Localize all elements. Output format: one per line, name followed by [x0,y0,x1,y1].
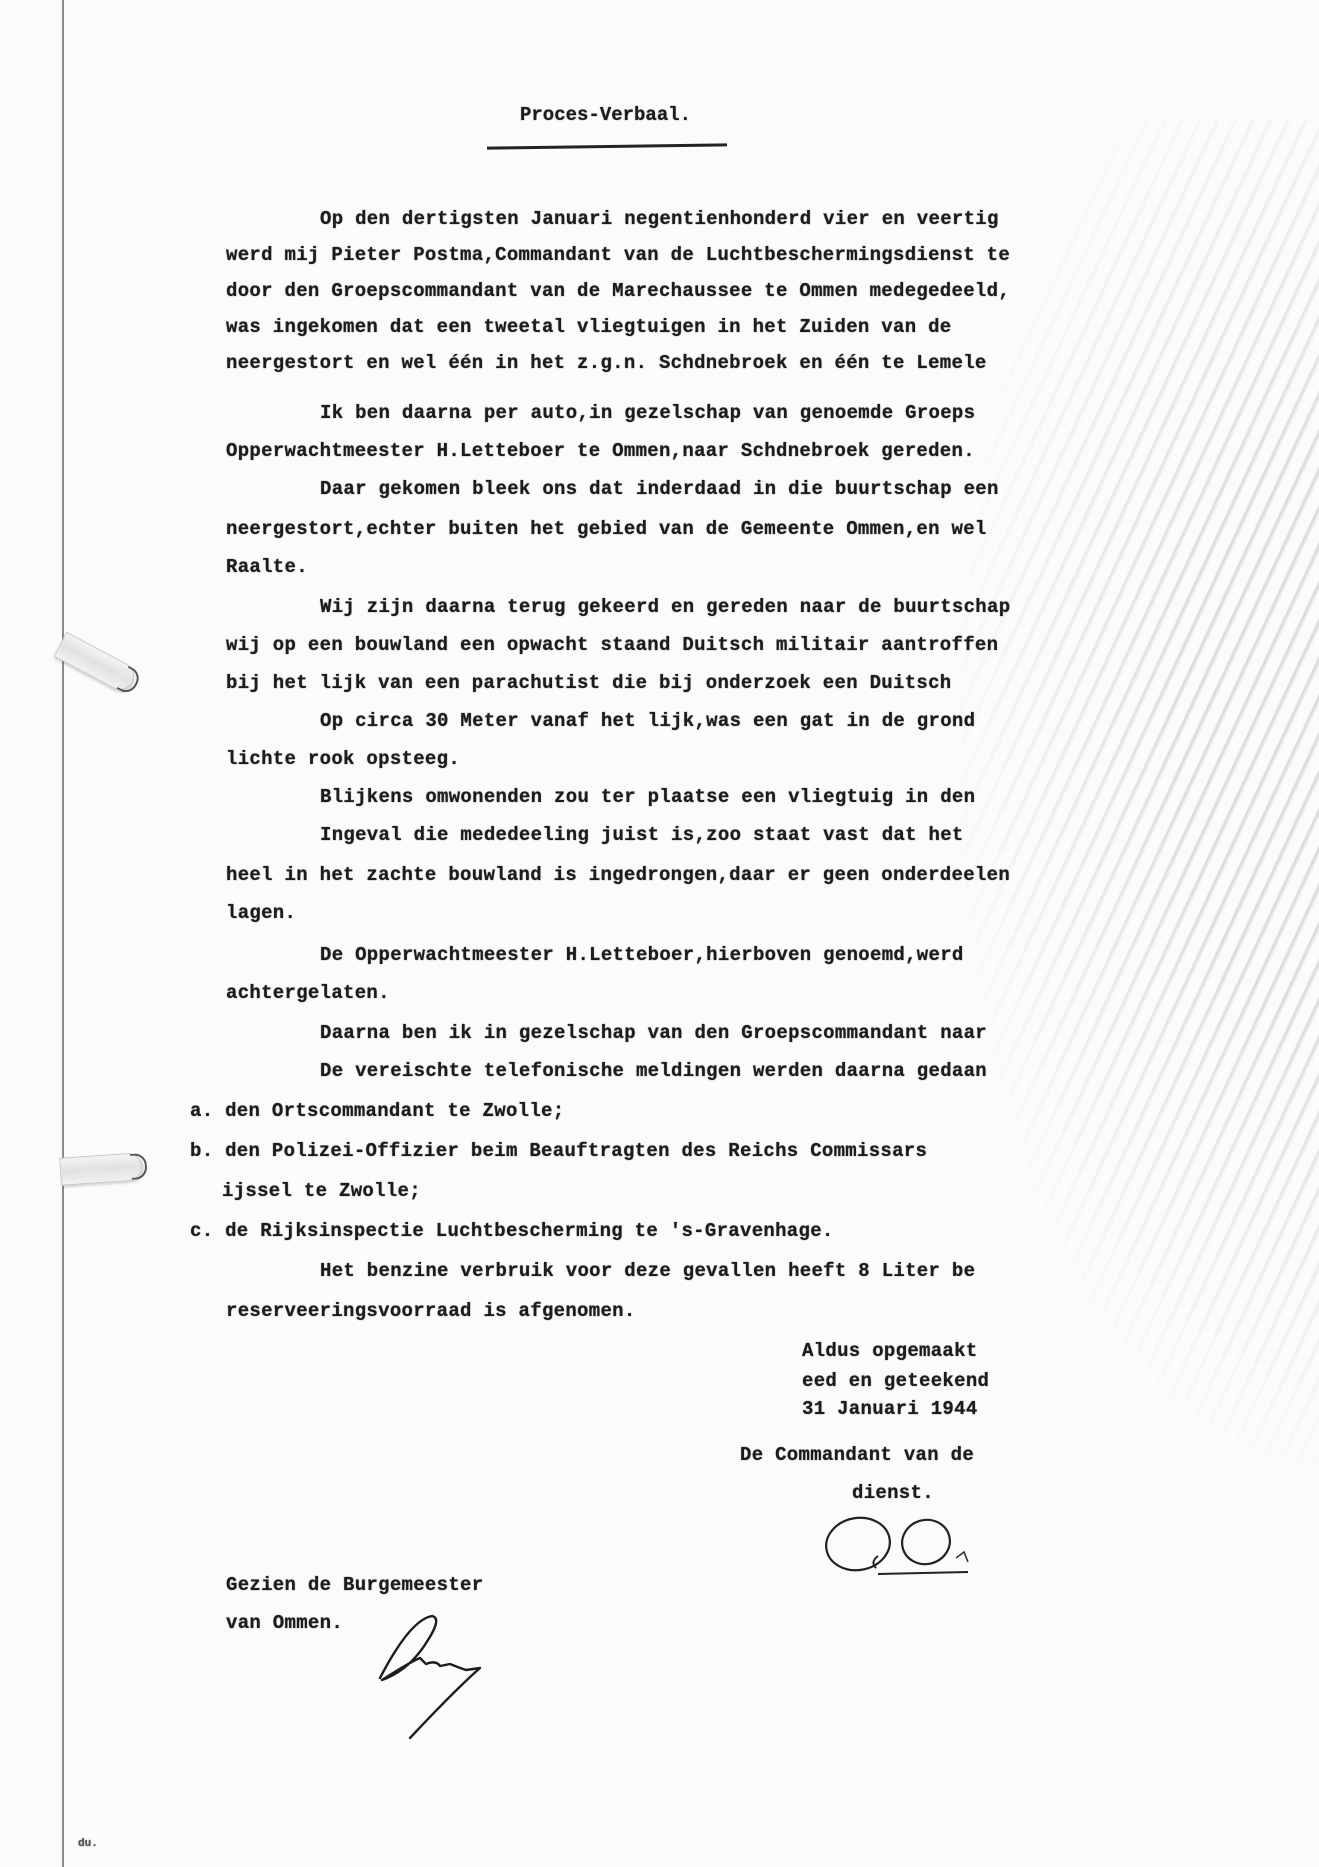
text-line: was ingekomen dat een tweetal vliegtuige… [226,316,952,338]
text-line: reserveeringsvoorraad is afgenomen. [226,1300,636,1322]
text-line: Daar gekomen bleek ons dat inderdaad in … [320,478,999,500]
text-line: ijssel te Zwolle; [222,1180,421,1202]
document-title: Proces-Verbaal. [520,104,691,126]
text-line: neergestort en wel één in het z.g.n. Sch… [226,352,987,374]
closing-line: dienst. [852,1482,934,1504]
text-line: heel in het zachte bouwland is ingedrong… [226,864,1010,886]
text-line: Blijkens omwonenden zou ter plaatse een … [320,786,975,808]
text-line: Op circa 30 Meter vanaf het lijk,was een… [320,710,975,732]
text-line: c. de Rijksinspectie Luchtbescherming te… [190,1220,834,1242]
text-line: De vereischte telefonische meldingen wer… [320,1060,987,1082]
text-line: Ingeval die mededeeling juist is,zoo sta… [320,824,964,846]
text-line: Raalte. [226,556,308,578]
text-line: Op den dertigsten Januari negentienhonde… [320,208,999,230]
closing-line: eed en geteekend [802,1370,989,1392]
text-line: b. den Polizei-Offizier beim Beauftragte… [190,1140,927,1162]
text-line: lichte rook opsteeg. [226,748,460,770]
text-line: achtergelaten. [226,982,390,1004]
text-line: wij op een bouwland een opwacht staand D… [226,634,998,656]
closing-line: Aldus opgemaakt [802,1340,978,1362]
endorsement-line: van Ommen. [226,1612,343,1634]
corner-mark: du. [78,1838,98,1850]
text-line: neergestort,echter buiten het gebied van… [226,518,987,540]
text-line: bij het lijk van een parachutist die bij… [226,672,952,694]
text-line: Opperwachtmeester H.Letteboer te Ommen,n… [226,440,975,462]
closing-line: 31 Januari 1944 [802,1398,978,1420]
mayor-signature [370,1610,520,1750]
text-line: Ik ben daarna per auto,in gezelschap van… [320,402,975,424]
text-line: lagen. [226,902,296,924]
text-line: Wij zijn daarna terug gekeerd en gereden… [320,596,1010,618]
text-line: De Opperwachtmeester H.Letteboer,hierbov… [320,944,964,966]
text-line: a. den Ortscommandant te Zwolle; [190,1100,564,1122]
text-line: Het benzine verbruik voor deze gevallen … [320,1260,975,1282]
title-underline [487,143,727,149]
proces-verbaal-document: Proces-Verbaal. Op den dertigsten Januar… [0,0,1319,1867]
commander-signature [818,1506,998,1586]
text-line: werd mij Pieter Postma,Commandant van de… [226,244,1010,266]
text-line: Daarna ben ik in gezelschap van den Groe… [320,1022,987,1044]
closing-line: De Commandant van de [740,1444,974,1466]
endorsement-line: Gezien de Burgemeester [226,1574,483,1596]
text-line: door den Groepscommandant van de Marecha… [226,280,1010,302]
